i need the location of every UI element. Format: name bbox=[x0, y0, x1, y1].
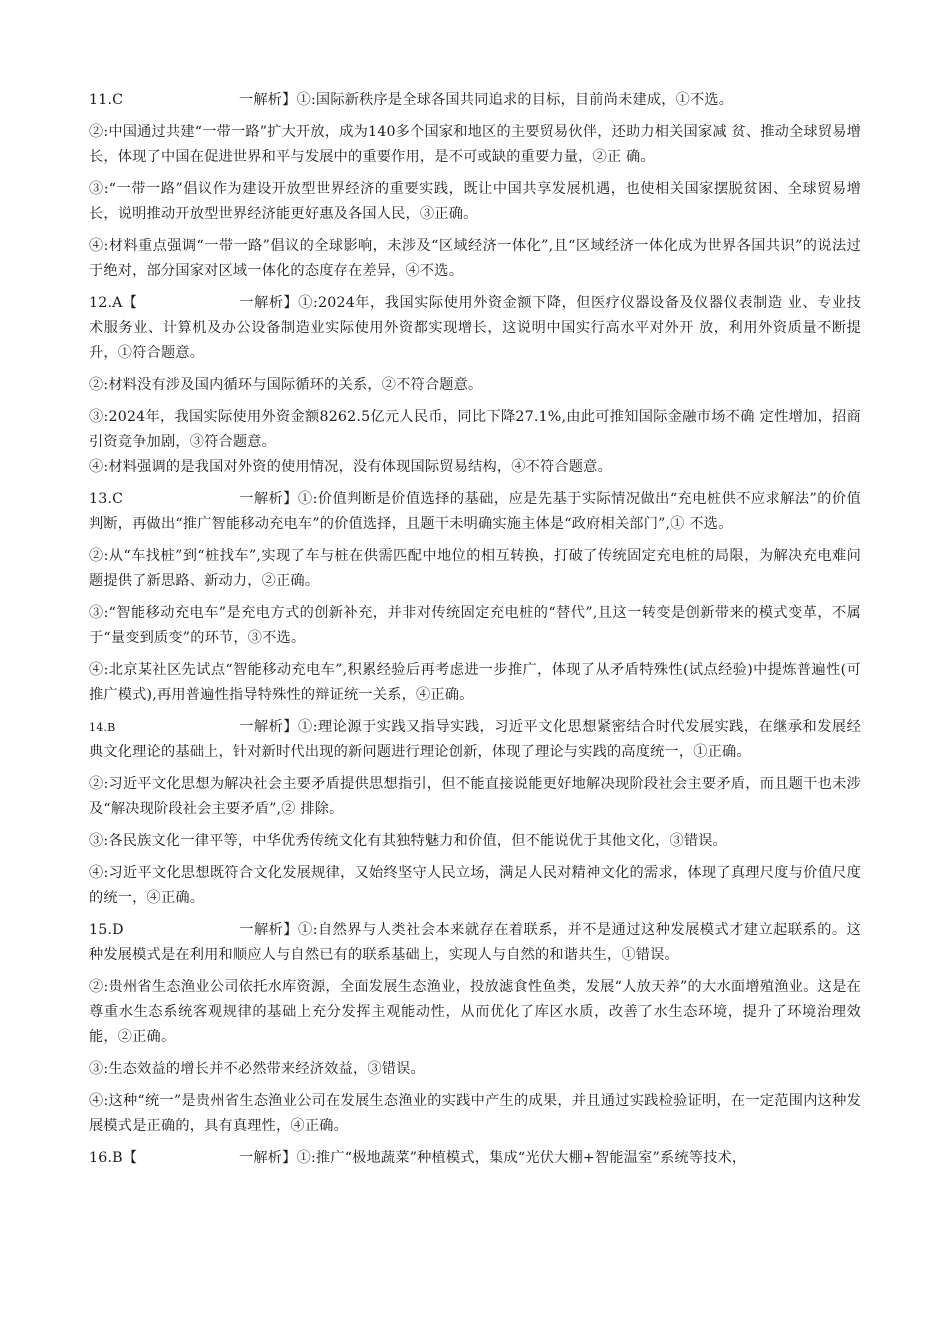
paragraph: ④:习近平文化思想既符合文化发展规律，又始终坚守人民立场，满足人民对精神文化的需… bbox=[89, 861, 861, 911]
question-16-explanation: 16.B【一解析】①:推广“极地蔬菜”种植模式，集成“光伏大棚+智能温室”系统等… bbox=[89, 1146, 861, 1171]
question-14-explanation: 14.B一解析】①:理论源于实践又指导实践，习近平文化思想紧密结合时代发展实践，… bbox=[89, 715, 861, 911]
analysis-tag: 一解析】 bbox=[239, 295, 298, 311]
analysis-tag: 一解析】 bbox=[239, 922, 298, 938]
paragraph: ③:“一带一路”倡议作为建设开放型世界经济的重要实践，既让中国共享发展机遇，也使… bbox=[89, 177, 861, 227]
analysis-tag: 一解析】 bbox=[239, 491, 298, 507]
analysis-tag: 一解析】 bbox=[239, 92, 297, 108]
paragraph: ③:“智能移动充电车”是充电方式的创新补充，并非对传统固定充电桩的“替代”,且这… bbox=[89, 601, 861, 651]
question-number: 16.B【 bbox=[89, 1146, 239, 1171]
question-number: 14.B bbox=[89, 715, 239, 740]
paragraph: ②:材料没有涉及国内循环与国际循环的关系，②不符合题意。 bbox=[89, 373, 861, 398]
paragraph: ②:从“车找桩”到“桩找车”,实现了车与桩在供需匹配中地位的相互转换，打破了传统… bbox=[89, 544, 861, 594]
question-15-explanation: 15.D一解析】①:自然界与人类社会本来就存在着联系，并不是通过这种发展模式才建… bbox=[89, 918, 861, 1139]
question-13-explanation: 13.C一解析】①:价值判断是价值选择的基础，应是先基于实际情况做出“充电桩供不… bbox=[89, 487, 861, 708]
question-11-explanation: 11.C一解析】①:国际新秩序是全球各国共同追求的目标，目前尚未建成，①不选。 … bbox=[89, 88, 861, 284]
paragraph: ②:中国通过共建“一带一路”扩大开放，成为140多个国家和地区的主要贸易伙伴，还… bbox=[89, 120, 861, 170]
paragraph: ②:贵州省生态渔业公司依托水库资源，全面发展生态渔业，投放滤食性鱼类，发展“人放… bbox=[89, 975, 861, 1050]
paragraph: ④:北京某社区先试点“智能移动充电车”,积累经验后再考虑进一步推广，体现了从矛盾… bbox=[89, 658, 861, 708]
paragraph: ④:材料强调的是我国对外资的使用情况，没有体现国际贸易结构，④不符合题意。 bbox=[89, 455, 861, 480]
paragraph: ①:推广“极地蔬菜”种植模式，集成“光伏大棚+智能温室”系统等技术， bbox=[297, 1150, 747, 1166]
paragraph: ③:各民族文化一律平等，中华优秀传统文化有其独特魅力和价值，但不能说优于其他文化… bbox=[89, 829, 861, 854]
answer-explanation-page: 11.C一解析】①:国际新秩序是全球各国共同追求的目标，目前尚未建成，①不选。 … bbox=[89, 88, 861, 1171]
paragraph: ③:2024年，我国实际使用外资金额8262.5亿元人民币，同比下降27.1%,… bbox=[89, 405, 861, 455]
paragraph: ④:这种“统一”是贵州省生态渔业公司在发展生态渔业的实践中产生的成果，并且通过实… bbox=[89, 1089, 861, 1139]
paragraph: ①:国际新秩序是全球各国共同追求的目标，目前尚未建成，①不选。 bbox=[297, 92, 734, 108]
question-12-explanation: 12.A【一解析】①:2024年，我国实际使用外资金额下降，但医疗仪器设备及仪器… bbox=[89, 291, 861, 480]
paragraph: ③:生态效益的增长并不必然带来经济效益，③错误。 bbox=[89, 1057, 861, 1082]
paragraph: ④:材料重点强调“一带一路”倡议的全球影响，未涉及“区域经济一体化”,且“区域经… bbox=[89, 234, 861, 284]
analysis-tag: 一解析】 bbox=[239, 1150, 297, 1166]
question-number: 15.D bbox=[89, 918, 239, 943]
question-number: 13.C bbox=[89, 487, 239, 512]
analysis-tag: 一解析】 bbox=[239, 719, 298, 735]
paragraph: ②:习近平文化思想为解决社会主要矛盾提供思想指引，但不能直接说能更好地解决现阶段… bbox=[89, 772, 861, 822]
question-number: 11.C bbox=[89, 88, 239, 113]
question-number: 12.A【 bbox=[89, 291, 239, 316]
